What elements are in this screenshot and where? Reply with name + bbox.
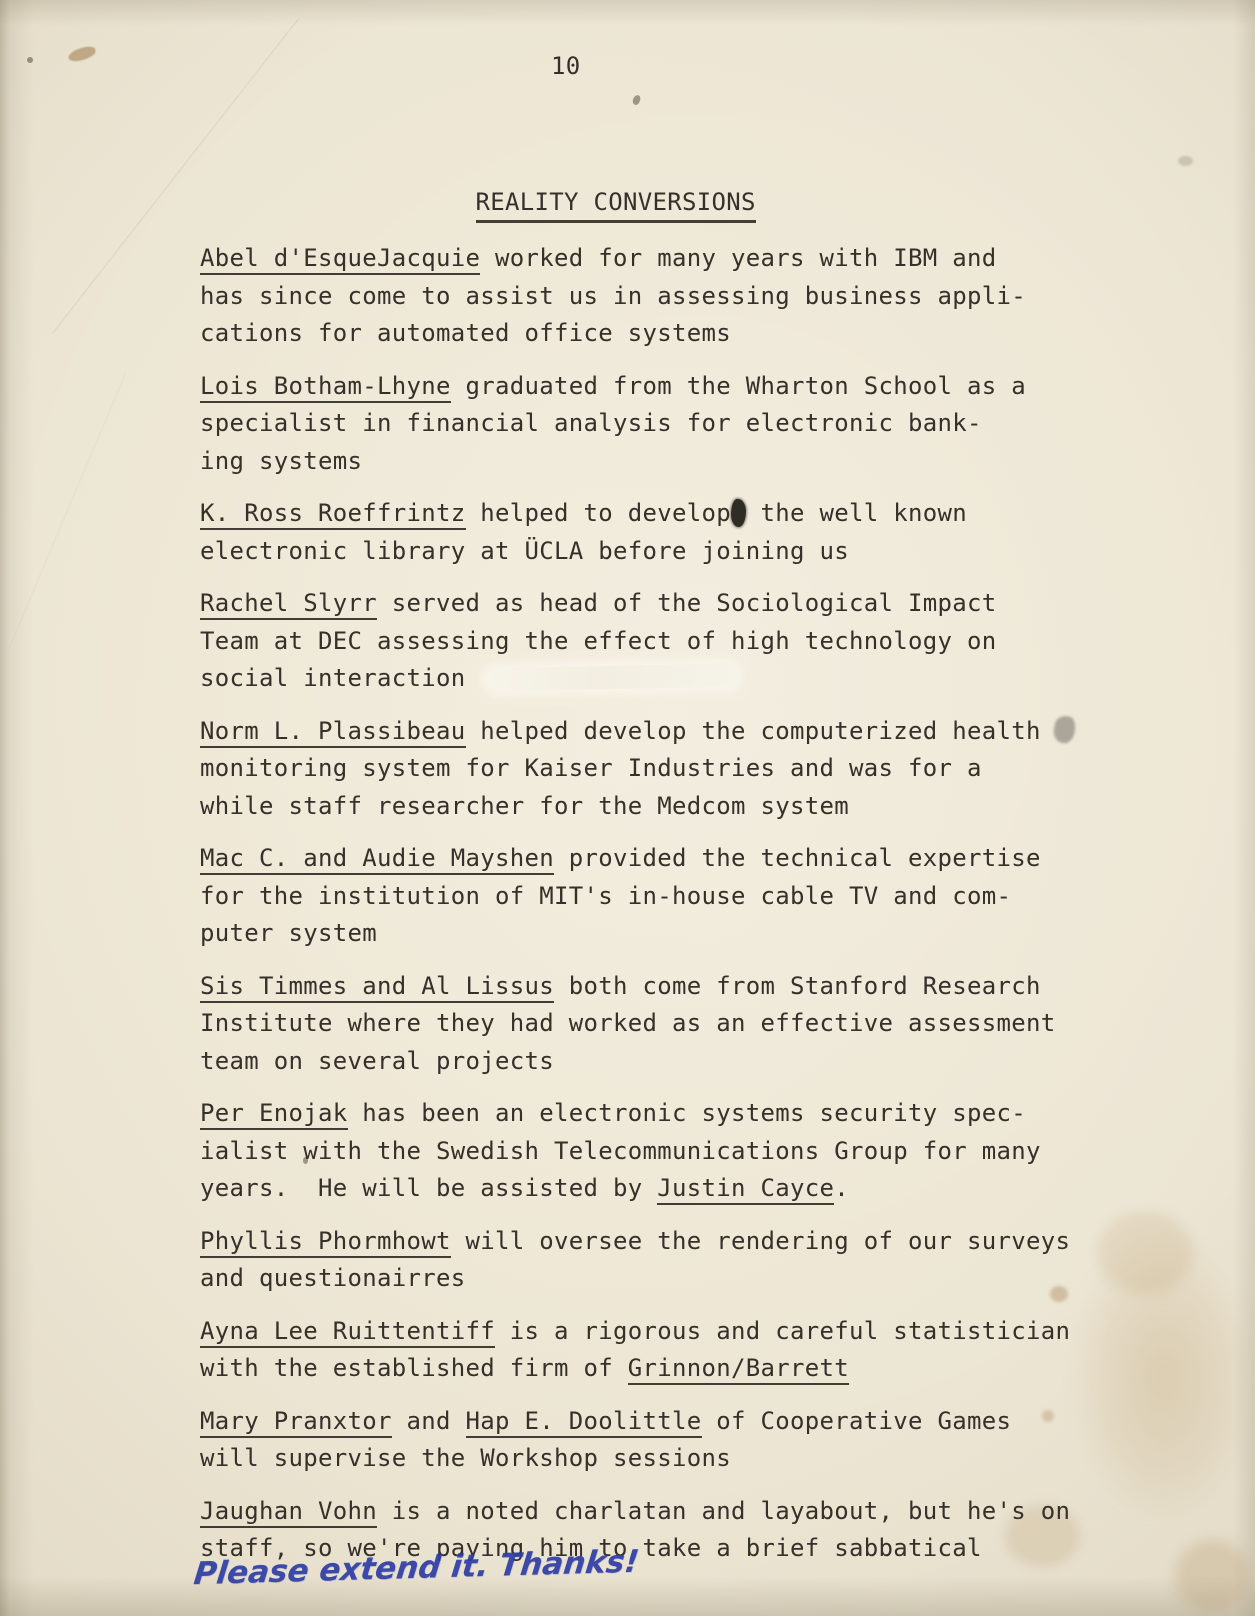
paragraph: Mary Pranxtor and Hap E. Doolittle of Co… — [200, 1403, 1120, 1478]
text-line: Institute where they had worked as an ef… — [200, 1005, 1120, 1043]
text-segment: for the institution of MIT's in-house ca… — [200, 882, 1011, 910]
text-segment: helped to develop — [466, 499, 732, 527]
paragraph: Ayna Lee Ruittentiff is a rigorous and c… — [200, 1313, 1120, 1388]
text-segment: and questionairres — [200, 1264, 466, 1292]
underlined-name: Ayna Lee Ruittentiff — [200, 1317, 495, 1348]
text-segment: has since come to assist us in assessing… — [200, 282, 1026, 310]
text-segment: monitoring system for Kaiser Industries … — [200, 754, 982, 782]
text-segment: while staff researcher for the Medcom sy… — [200, 792, 849, 820]
text-line: Mac C. and Audie Mayshen provided the te… — [200, 840, 1120, 878]
text-segment: specialist in financial analysis for ele… — [200, 409, 982, 437]
text-line: K. Ross Roeffrintz helped to develope th… — [200, 495, 1120, 533]
text-segment: will oversee the rendering of our survey… — [451, 1227, 1070, 1255]
text-segment: cations for automated office systems — [200, 319, 731, 347]
paper-fold-crease — [7, 372, 126, 649]
text-segment: is a rigorous and careful statistician — [495, 1317, 1070, 1345]
underlined-name: Rachel Slyrr — [200, 589, 377, 620]
text-line: years. He will be assisted by Justin Cay… — [200, 1170, 1120, 1208]
paragraph: Norm L. Plassibeau helped develop the co… — [200, 713, 1120, 826]
paragraph: Phyllis Phormhowt will oversee the rende… — [200, 1223, 1120, 1298]
text-segment: with the established firm of — [200, 1354, 628, 1382]
text-segment: is a noted charlatan and layabout, but h… — [377, 1497, 1070, 1525]
underlined-name: Jaughan Vohn — [200, 1497, 377, 1528]
text-segment: served as head of the Sociological Impac… — [377, 589, 996, 617]
text-segment: puter system — [200, 919, 377, 947]
text-line: with the established firm of Grinnon/Bar… — [200, 1350, 1120, 1388]
text-line: team on several projects — [200, 1043, 1120, 1081]
paragraph: K. Ross Roeffrintz helped to develope th… — [200, 495, 1120, 570]
paper-speck — [1178, 156, 1193, 166]
water-stain — [1175, 1540, 1250, 1612]
text-line: Lois Botham-Lhyne graduated from the Wha… — [200, 368, 1120, 406]
paper-speck — [632, 94, 642, 106]
text-segment: helped develop the computerized health — [466, 717, 1041, 745]
text-line: electronic library at ÜCLA before joinin… — [200, 533, 1120, 571]
text-line: specialist in financial analysis for ele… — [200, 405, 1120, 443]
underlined-name: Grinnon/Barrett — [628, 1354, 849, 1385]
scanned-document-page: { "page": { "number": "10", "title": "RE… — [0, 0, 1255, 1616]
paper-speck — [67, 45, 97, 63]
whiteout-correction — [486, 663, 738, 691]
underlined-name: Lois Botham-Lhyne — [200, 372, 451, 403]
text-line: Per Enojak has been an electronic system… — [200, 1095, 1120, 1133]
paper-speck — [27, 57, 33, 63]
page-number: 10 — [551, 48, 581, 86]
text-segment: electronic library at ÜCLA before joinin… — [200, 537, 849, 565]
text-segment: ing systems — [200, 447, 362, 475]
text-line: cations for automated office systems — [200, 315, 1120, 353]
paragraph: Per Enojak has been an electronic system… — [200, 1095, 1120, 1208]
text-segment: provided the technical expertise — [554, 844, 1041, 872]
text-segment: of Cooperative Games — [702, 1407, 1012, 1435]
paragraph: Rachel Slyrr served as head of the Socio… — [200, 585, 1120, 698]
paragraph: Abel d'EsqueJacquie worked for many year… — [200, 240, 1120, 353]
text-segment: Team at DEC assessing the effect of high… — [200, 627, 996, 655]
text-line: Norm L. Plassibeau helped develop the co… — [200, 713, 1120, 751]
underlined-name: Justin Cayce — [657, 1174, 834, 1205]
text-segment: has been an electronic systems security … — [348, 1099, 1026, 1127]
text-line: for the institution of MIT's in-house ca… — [200, 878, 1120, 916]
underlined-name: Mary Pranxtor — [200, 1407, 392, 1438]
text-segment: Institute where they had worked as an ef… — [200, 1009, 1055, 1037]
text-segment: years. He will be assisted by — [200, 1174, 657, 1202]
text-line: Rachel Slyrr served as head of the Socio… — [200, 585, 1120, 623]
underlined-name: K. Ross Roeffrintz — [200, 499, 466, 530]
paragraph: Mac C. and Audie Mayshen provided the te… — [200, 840, 1120, 953]
text-line: has since come to assist us in assessing… — [200, 278, 1120, 316]
underlined-name: Per Enojak — [200, 1099, 348, 1130]
document-body: Abel d'EsqueJacquie worked for many year… — [200, 240, 1120, 1583]
underlined-name: Norm L. Plassibeau — [200, 717, 466, 748]
text-segment: will supervise the Workshop sessions — [200, 1444, 731, 1472]
text-line: monitoring system for Kaiser Industries … — [200, 750, 1120, 788]
text-line: ialist with the Swedish Telecommunicatio… — [200, 1133, 1120, 1171]
text-segment: ialist with the Swedish Telecommunicatio… — [200, 1137, 1041, 1165]
underlined-name: Sis Timmes and Al Lissus — [200, 972, 554, 1003]
text-line: Jaughan Vohn is a noted charlatan and la… — [200, 1493, 1120, 1531]
text-line: social interaction — [200, 660, 1120, 698]
underlined-name: Abel d'EsqueJacquie — [200, 244, 480, 275]
text-segment: team on several projects — [200, 1047, 554, 1075]
typed-over-blot: e — [731, 499, 746, 527]
text-segment: graduated from the Wharton School as a — [451, 372, 1026, 400]
text-segment: and — [392, 1407, 466, 1435]
text-line: Sis Timmes and Al Lissus both come from … — [200, 968, 1120, 1006]
text-line: Phyllis Phormhowt will oversee the rende… — [200, 1223, 1120, 1261]
underlined-name: Phyllis Phormhowt — [200, 1227, 451, 1258]
paragraph: Lois Botham-Lhyne graduated from the Wha… — [200, 368, 1120, 481]
text-line: Team at DEC assessing the effect of high… — [200, 623, 1120, 661]
page-title: REALITY CONVERSIONS — [446, 146, 756, 221]
text-line: ing systems — [200, 443, 1120, 481]
page-title-text: REALITY CONVERSIONS — [476, 188, 756, 223]
underlined-name: Mac C. and Audie Mayshen — [200, 844, 554, 875]
text-line: Abel d'EsqueJacquie worked for many year… — [200, 240, 1120, 278]
text-segment: the well known — [746, 499, 967, 527]
text-segment: both come from Stanford Research — [554, 972, 1041, 1000]
text-line: and questionairres — [200, 1260, 1120, 1298]
text-line: puter system — [200, 915, 1120, 953]
underlined-name: Hap E. Doolittle — [466, 1407, 702, 1438]
text-line: while staff researcher for the Medcom sy… — [200, 788, 1120, 826]
text-line: will supervise the Workshop sessions — [200, 1440, 1120, 1478]
text-segment: worked for many years with IBM and — [480, 244, 996, 272]
text-line: Ayna Lee Ruittentiff is a rigorous and c… — [200, 1313, 1120, 1351]
paragraph: Sis Timmes and Al Lissus both come from … — [200, 968, 1120, 1081]
text-segment: social interaction — [200, 664, 480, 692]
text-segment: . — [834, 1174, 849, 1202]
text-line: Mary Pranxtor and Hap E. Doolittle of Co… — [200, 1403, 1120, 1441]
